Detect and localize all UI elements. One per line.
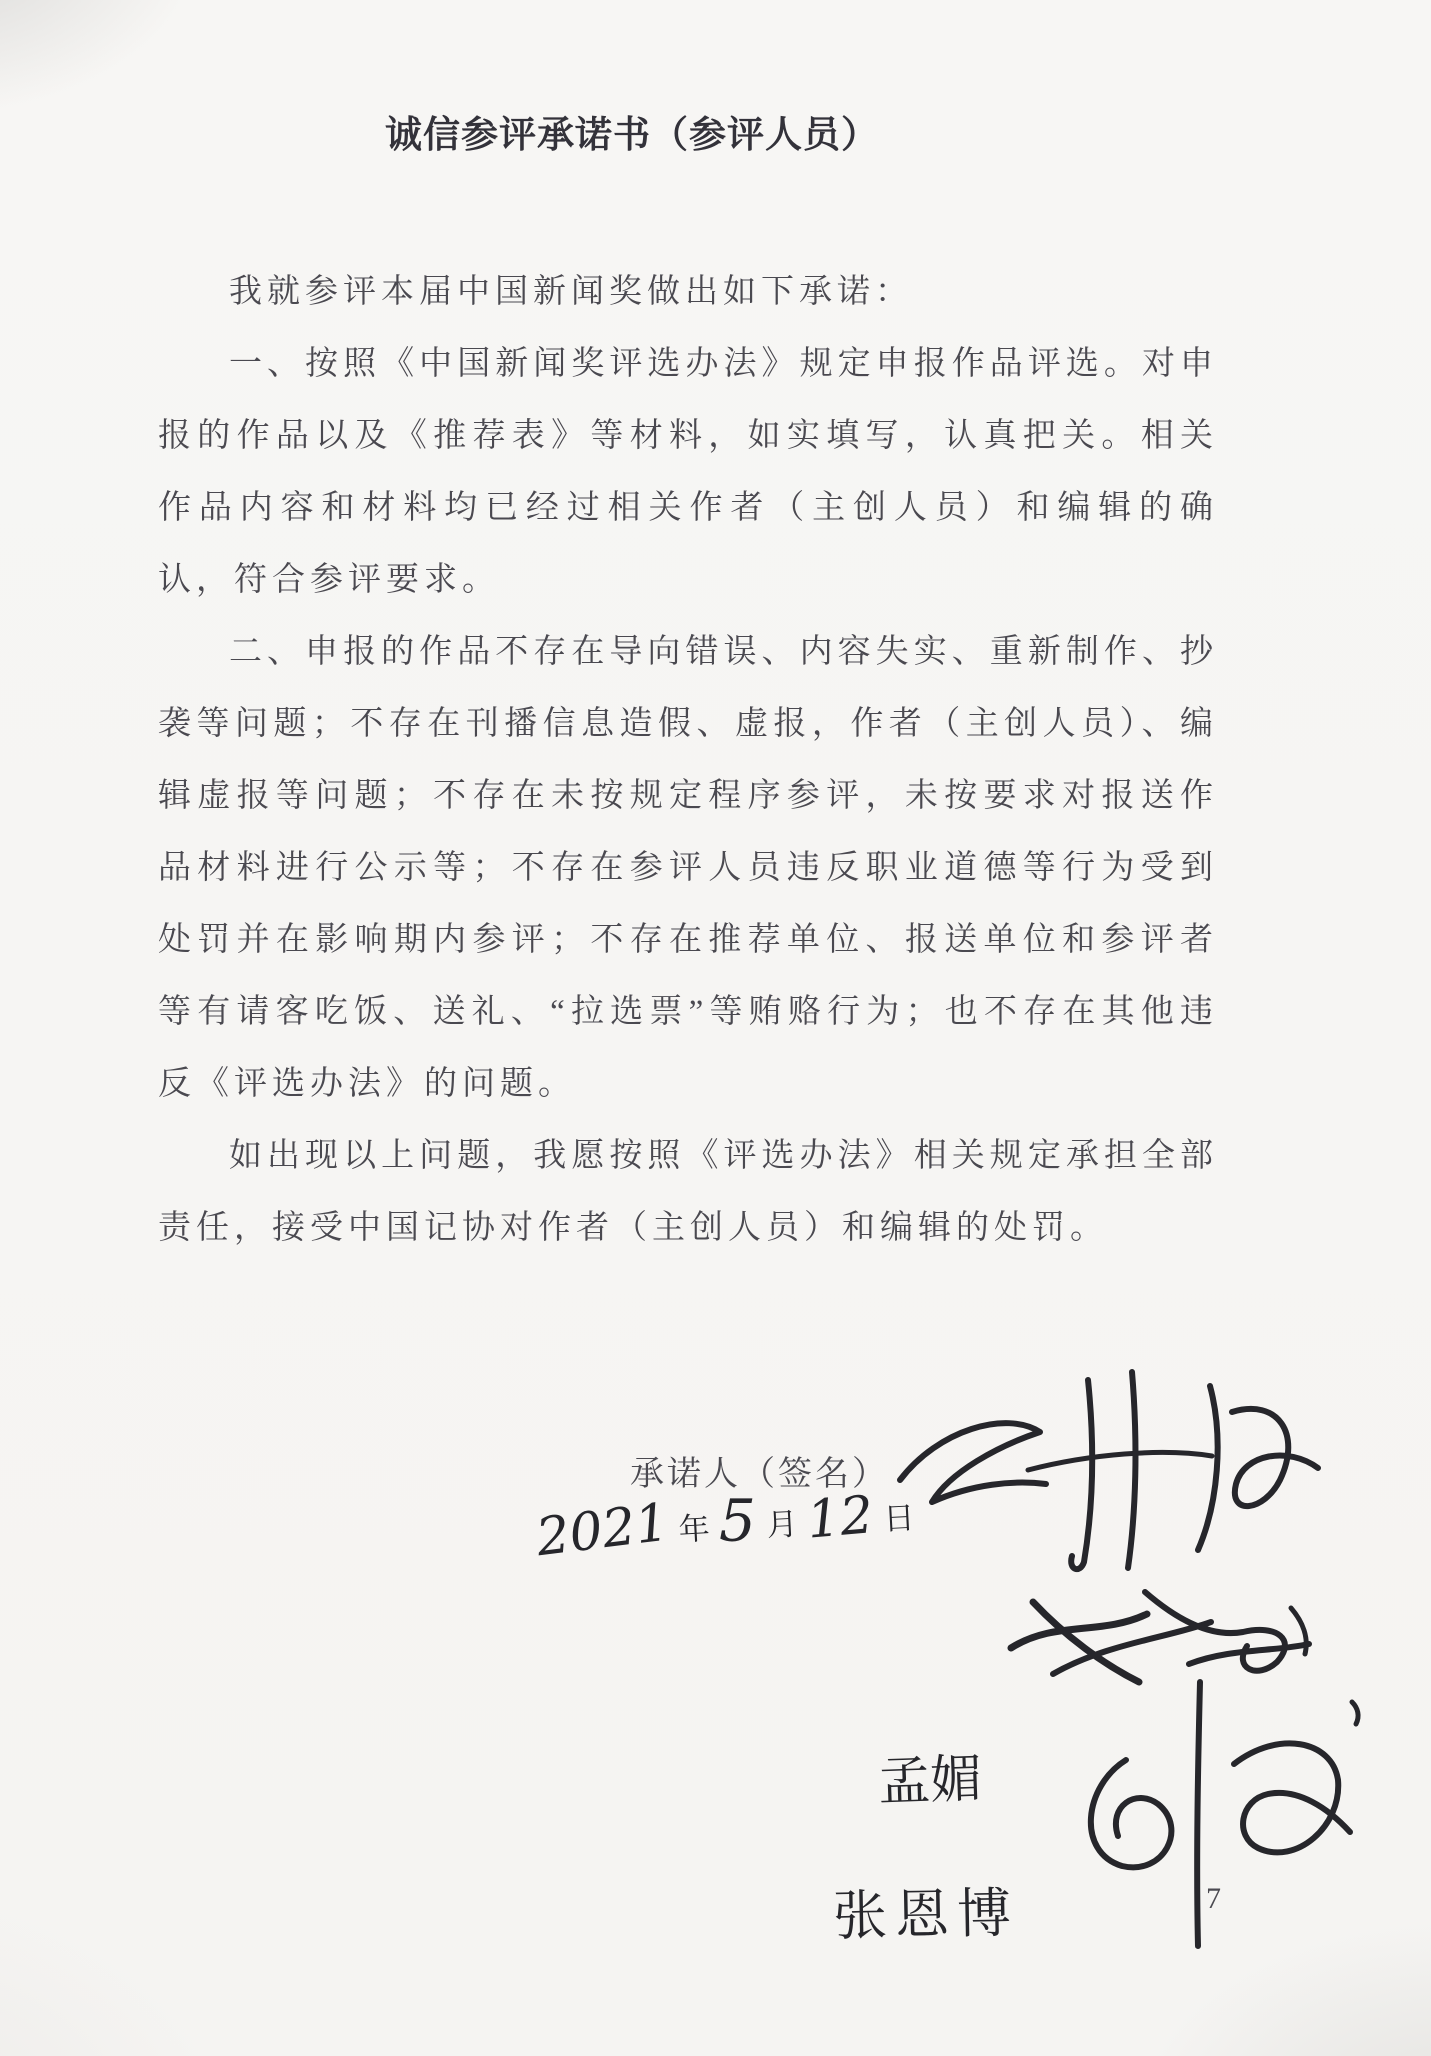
handwritten-name-mengmei: 孟媚 xyxy=(877,1736,984,1815)
handwritten-signature-1 xyxy=(880,1352,1340,1584)
scanned-document-page: 诚信参评承诺书（参评人员） 我就参评本届中国新闻奖做出如下承诺： 一、按照《中国… xyxy=(0,0,1431,2056)
date-month: 5 xyxy=(719,1491,756,1549)
document-body: 我就参评本届中国新闻奖做出如下承诺： 一、按照《中国新闻奖评选办法》规定申报作品… xyxy=(158,256,1218,1264)
document-title: 诚信参评承诺书（参评人员） xyxy=(385,104,1045,158)
paragraph-closing: 如出现以上问题，我愿按照《评选办法》相关规定承担全部责任，接受中国记协对作者（主… xyxy=(158,1120,1218,1264)
date-year-unit: 年 xyxy=(678,1514,711,1553)
date-month-unit: 月 xyxy=(766,1509,799,1548)
handwritten-date: 2021 年 5 月 12 日 xyxy=(535,1482,916,1560)
date-year: 2021 xyxy=(534,1497,672,1565)
handwritten-name-zhangenbo: 张恩博 xyxy=(832,1870,1019,1950)
paragraph-item-1: 一、按照《中国新闻奖评选办法》规定申报作品评选。对申报的作品以及《推荐表》等材料… xyxy=(158,328,1218,616)
paragraph-item-2: 二、申报的作品不存在导向错误、内容失实、重新制作、抄袭等问题；不存在刊播信息造假… xyxy=(158,616,1218,1120)
paragraph-intro: 我就参评本届中国新闻奖做出如下承诺： xyxy=(158,256,1218,328)
handwritten-signature-3 xyxy=(1030,1668,1374,1954)
date-day-unit: 日 xyxy=(883,1503,916,1542)
date-day: 12 xyxy=(805,1489,875,1547)
page-number: 7 xyxy=(1206,1882,1221,1916)
